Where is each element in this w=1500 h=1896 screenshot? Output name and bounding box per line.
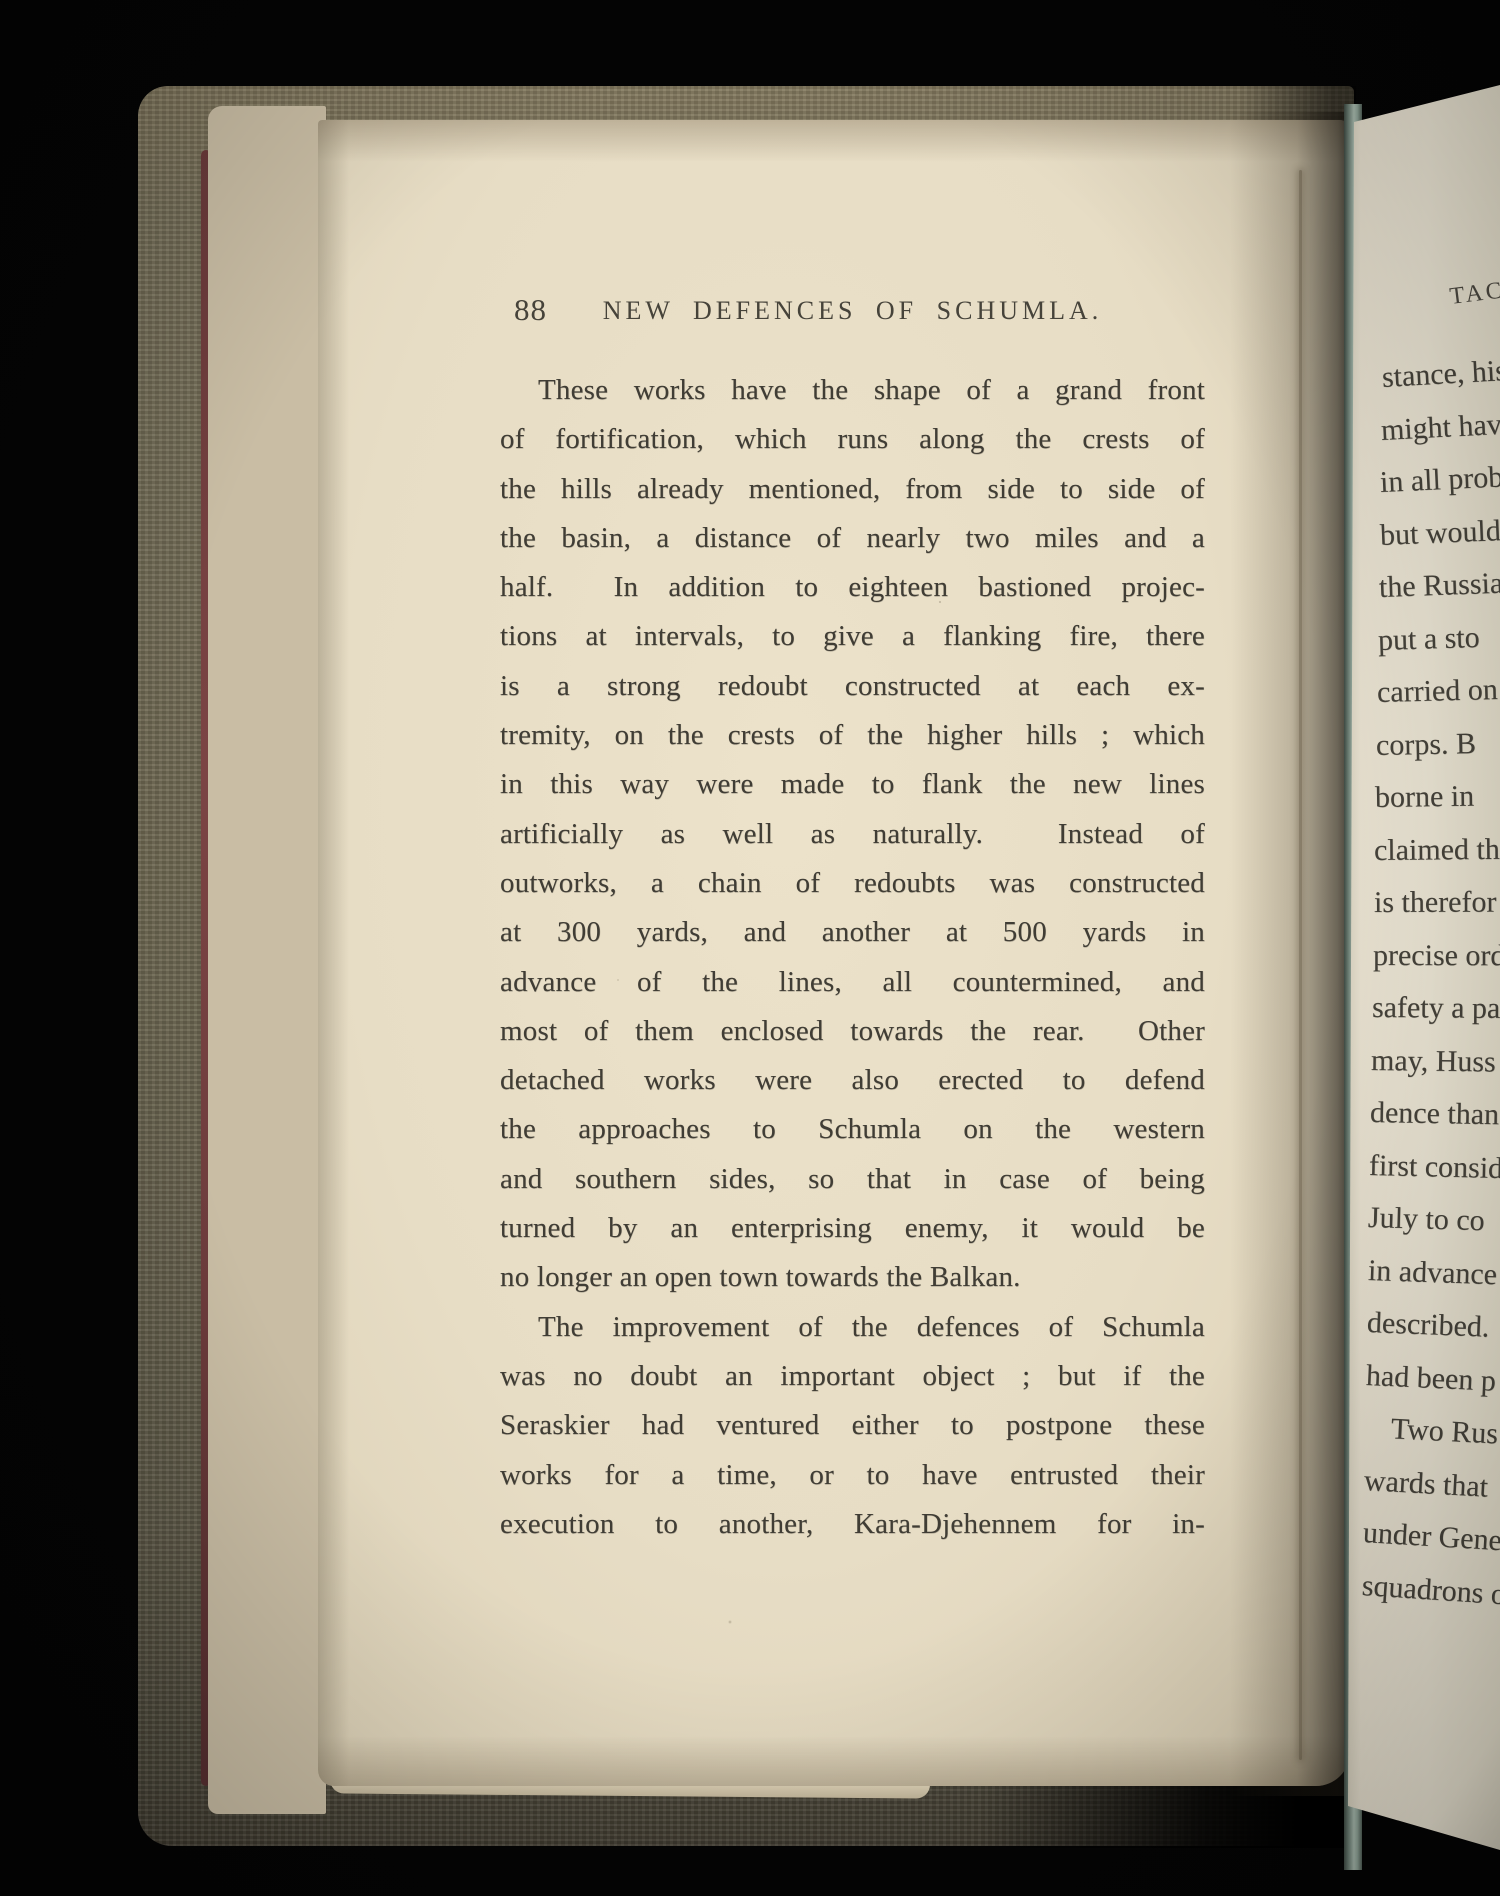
text-line: and southern sides, so that in case of b…: [500, 1155, 1205, 1204]
text-line: claimed th: [1374, 822, 1500, 877]
right-text-block: stance, hismight havein all probabut wou…: [1338, 352, 1500, 1612]
text-line: July to co: [1368, 1192, 1500, 1252]
left-page: 88 NEW DEFENCES OF SCHUMLA. These works …: [318, 120, 1350, 1786]
text-line: Seraskier had ventured either to postpon…: [500, 1401, 1205, 1450]
text-line: at 300 yards, and another at 500 yards i…: [500, 908, 1205, 957]
text-line: dence than: [1370, 1087, 1500, 1144]
text-line: tremity, on the crests of the higher hil…: [500, 711, 1205, 760]
text-line: advance of the lines, all countermined, …: [500, 958, 1205, 1007]
text-line: carried on: [1376, 661, 1500, 720]
page-crease: [1299, 170, 1302, 1760]
text-line: most of them enclosed towards the rear. …: [500, 1007, 1205, 1056]
text-line: turned by an enterprising enemy, it woul…: [500, 1204, 1205, 1253]
page-stack-edges: [208, 106, 326, 1814]
text-line: These works have the shape of a grand fr…: [500, 366, 1205, 415]
text-line: no longer an open town towards the Balka…: [500, 1253, 1205, 1302]
text-line: corps. B: [1375, 714, 1500, 772]
text-line: detached works were also erected to defe…: [500, 1056, 1205, 1105]
text-line: of fortification, which runs along the c…: [500, 415, 1205, 464]
left-text-block: These works have the shape of a grand fr…: [500, 366, 1205, 1549]
text-line: the Russia: [1378, 553, 1500, 615]
text-line: in advance: [1367, 1245, 1500, 1306]
text-line: was no doubt an important object ; but i…: [500, 1352, 1205, 1401]
text-line: but would: [1378, 499, 1500, 562]
text-line: outworks, a chain of redoubts was constr…: [500, 859, 1205, 908]
text-line: artificially as well as naturally. Inste…: [500, 810, 1205, 859]
text-line: put a sto: [1377, 607, 1500, 667]
text-line: borne in: [1375, 768, 1500, 824]
text-line: stance, his: [1381, 338, 1500, 405]
text-line: in this way were made to flank the new l…: [500, 760, 1205, 809]
text-line: the hills already mentioned, from side t…: [500, 465, 1205, 514]
text-line: the approaches to Schumla on the western: [500, 1105, 1205, 1154]
right-running-header: TAC: [1448, 277, 1500, 311]
text-line: squadrons o: [1361, 1560, 1500, 1630]
text-line: first consid: [1369, 1140, 1500, 1199]
right-page: TAC stance, hismight havein all probabut…: [1338, 80, 1500, 1850]
text-line: is therefor: [1373, 876, 1500, 929]
book-photo: 88 NEW DEFENCES OF SCHUMLA. These works …: [0, 0, 1500, 1896]
text-line: the basin, a distance of nearly two mile…: [500, 514, 1205, 563]
text-line: tions at intervals, to give a flanking f…: [500, 612, 1205, 661]
text-line: half. In addition to eighteen bastioned …: [500, 563, 1205, 612]
text-line: works for a time, or to have entrusted t…: [500, 1451, 1205, 1500]
text-line: The improvement of the defences of Schum…: [500, 1303, 1205, 1352]
text-line: safety a pa: [1372, 982, 1500, 1036]
text-line: precise ord: [1373, 930, 1500, 983]
text-line: may, Huss: [1371, 1035, 1500, 1091]
running-header: NEW DEFENCES OF SCHUMLA.: [500, 296, 1205, 326]
gutter-shadow: [1230, 112, 1352, 1796]
text-line: is a strong redoubt constructed at each …: [500, 662, 1205, 711]
text-line: execution to another, Kara-Djehennem for…: [500, 1500, 1205, 1549]
